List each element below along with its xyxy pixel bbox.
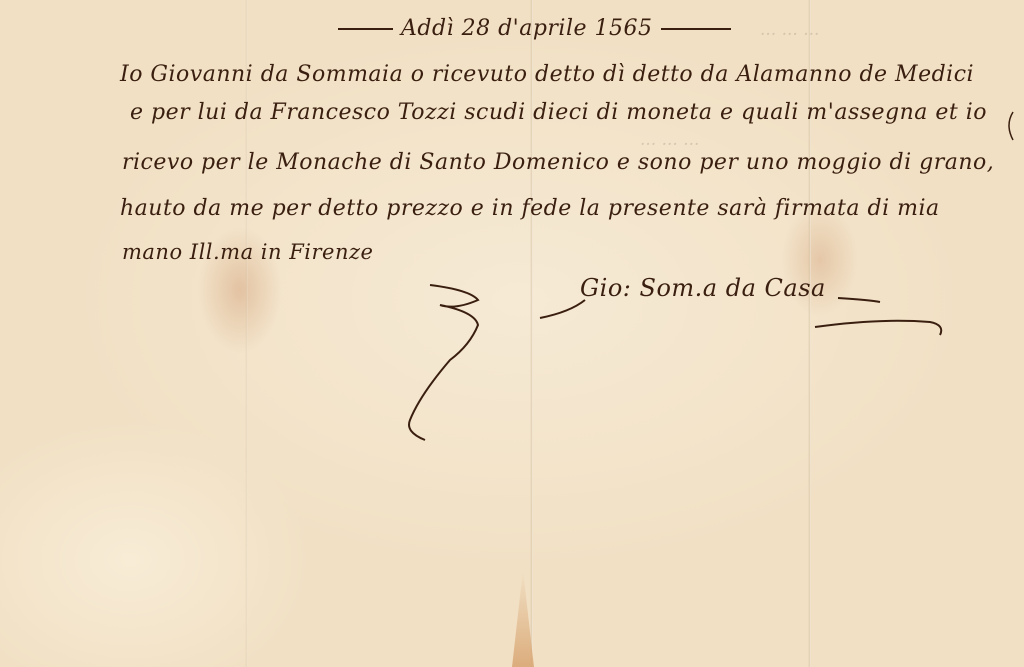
text-line-5: mano Ill.ma in Firenze <box>122 240 373 264</box>
bleed-through-text: ... ... ... <box>760 20 819 40</box>
date-header: Addì 28 d'aprile 1565 <box>330 16 739 41</box>
date-header-text: Addì 28 d'aprile 1565 <box>401 16 653 41</box>
text-line-3: ricevo per le Monache di Santo Domenico … <box>122 150 994 175</box>
text-line-1: Io Giovanni da Sommaia o ricevuto detto … <box>120 62 974 87</box>
text-line-4: hauto da me per detto prezzo e in fede l… <box>120 196 940 221</box>
bleed-through-text: ... ... ... <box>640 130 699 150</box>
signature: Gio: Som.a da Casa <box>580 274 826 302</box>
text-line-2: e per lui da Francesco Tozzi scudi dieci… <box>130 100 987 125</box>
